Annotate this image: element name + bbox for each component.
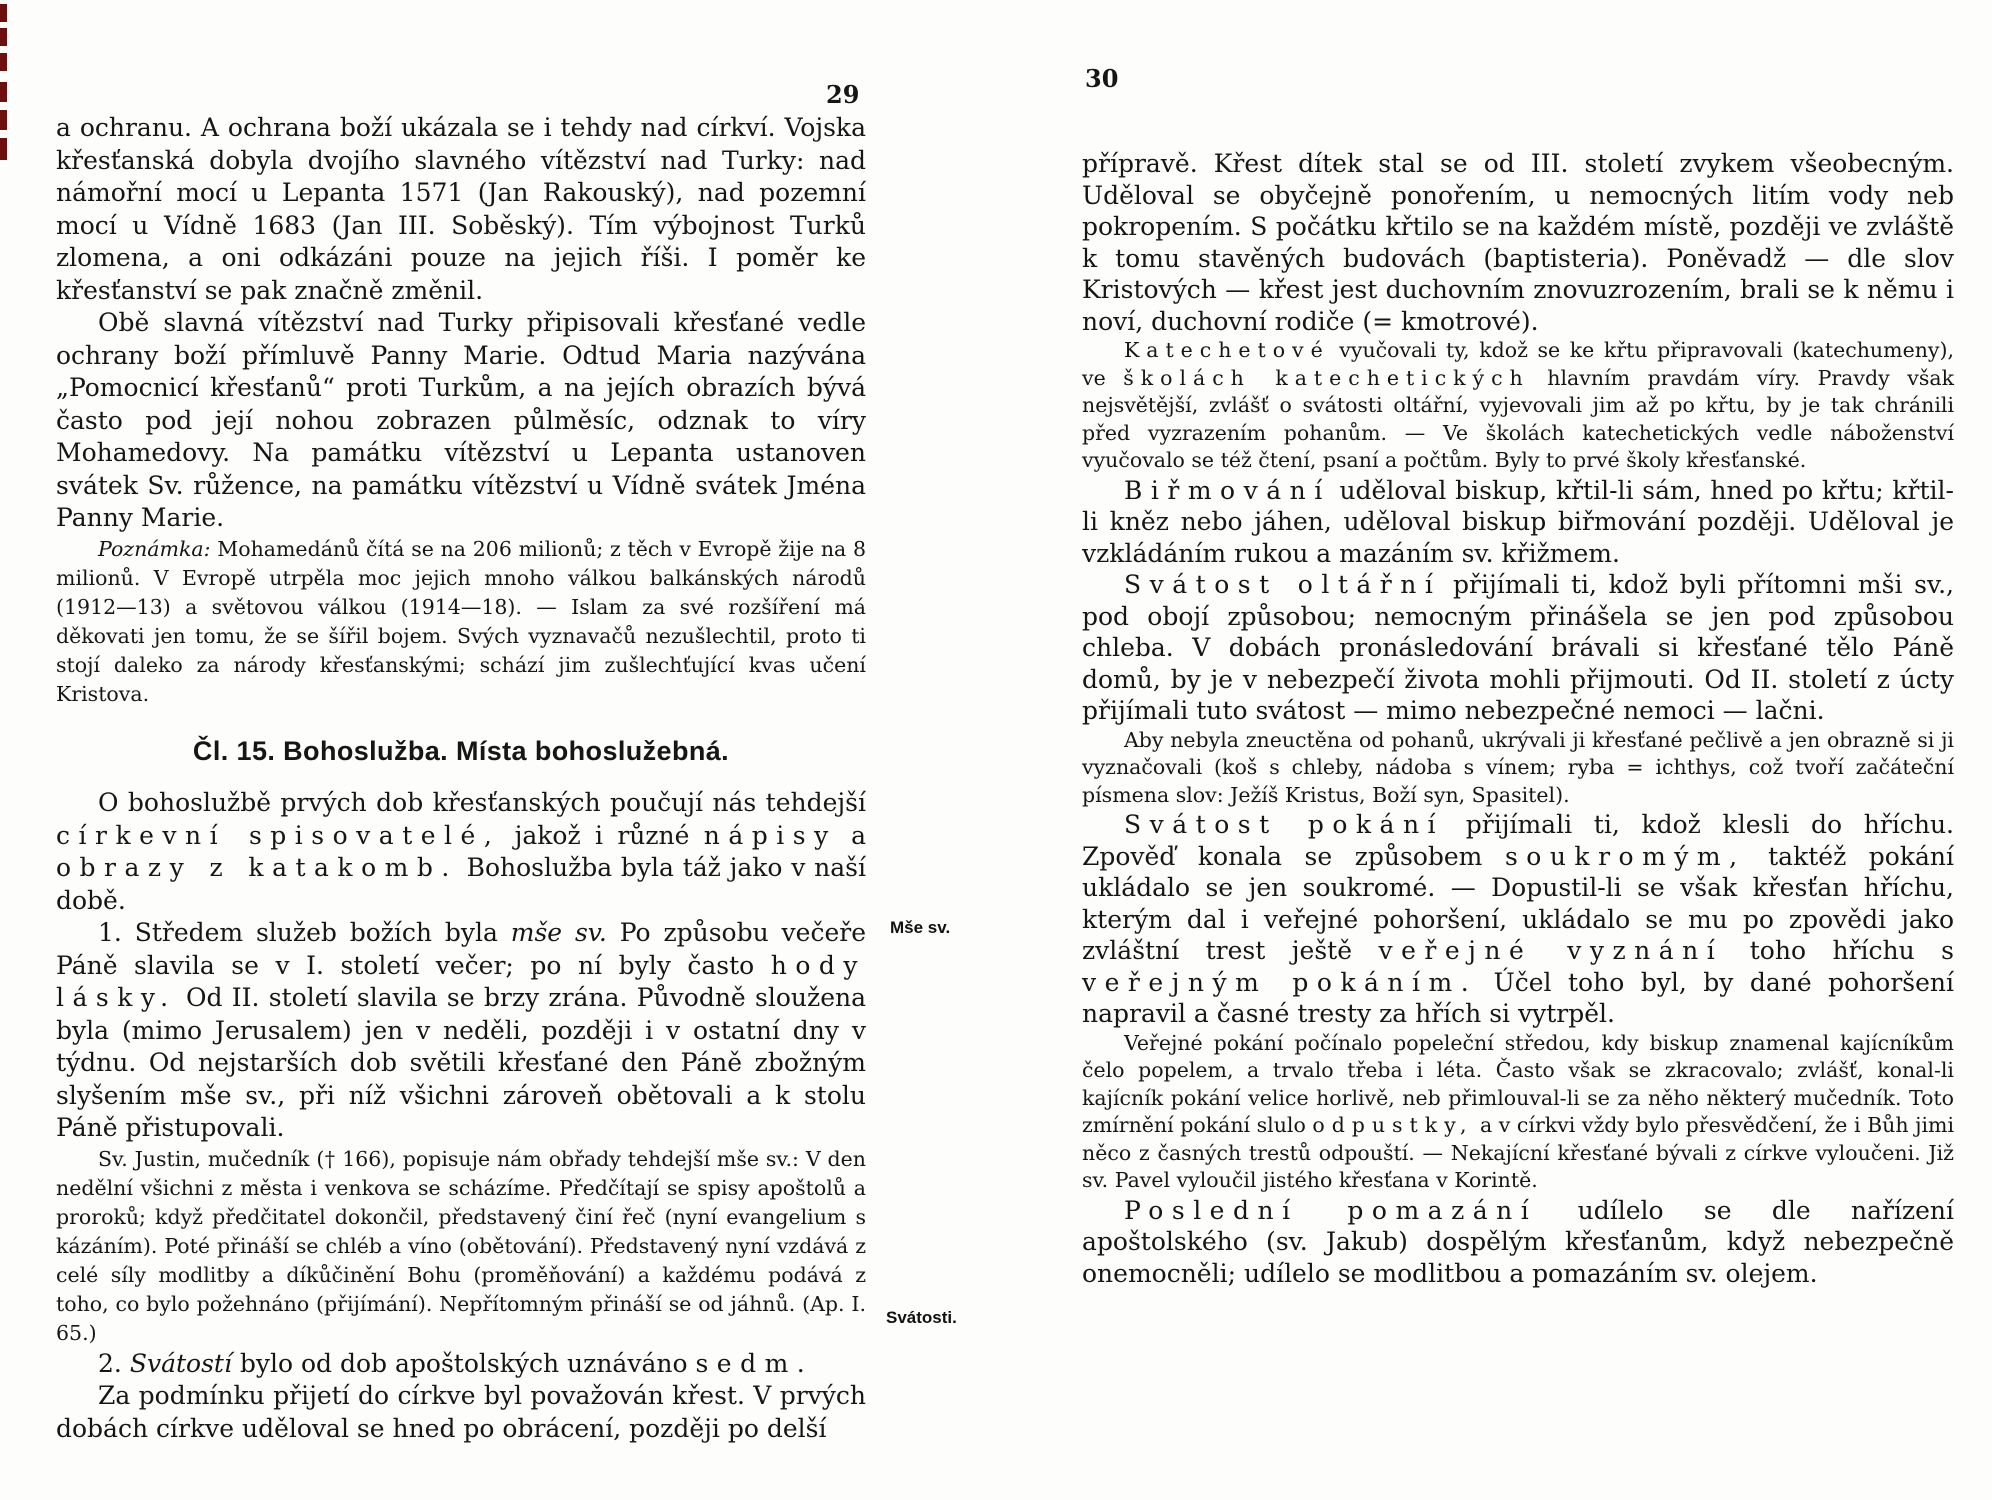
paragraph: Katechetové vyučovali ty, kdož se ke křt… bbox=[1082, 337, 1954, 475]
paragraph: Za podmínku přijetí do církve byl považo… bbox=[56, 1380, 866, 1445]
text-run: školách katechetických bbox=[1123, 366, 1529, 390]
text-run: mše sv. bbox=[511, 918, 607, 947]
text-run: toho hříchu s bbox=[1723, 936, 1954, 965]
text-run: sedm. bbox=[695, 1349, 813, 1378]
text-run: Poznámka: bbox=[98, 537, 211, 561]
text-run: 2. bbox=[98, 1349, 130, 1378]
text-run: Svátost oltářní bbox=[1124, 570, 1441, 599]
text-run: obrazy z katakomb. bbox=[56, 853, 458, 882]
text-run: církevní spisovatelé, bbox=[56, 821, 500, 850]
text-run: Svátostí bbox=[130, 1349, 232, 1378]
text-run: Za podmínku přijetí do církve byl považo… bbox=[56, 1381, 866, 1443]
text-run: Poslední pomazání bbox=[1124, 1196, 1537, 1225]
left-page-content: a ochranu. A ochrana boží ukázala se i t… bbox=[56, 112, 866, 1445]
text-run: Čl. 15. Bohoslužba. Místa bohoslužebná. bbox=[193, 736, 729, 766]
text-run: bylo od dob apoštolských uznáváno bbox=[232, 1349, 696, 1378]
text-run: 1. Středem služeb božích byla bbox=[98, 918, 511, 947]
paragraph: Aby nebyla zneuctěna od pohanů, ukrývali… bbox=[1082, 727, 1954, 810]
text-run: Katechetové bbox=[1124, 338, 1330, 362]
text-run: a bbox=[837, 821, 866, 850]
scan-artifact bbox=[0, 138, 7, 160]
text-run: Biřmování bbox=[1124, 476, 1331, 505]
text-run: odpustky, bbox=[1312, 1113, 1473, 1137]
page-number-left: 29 bbox=[826, 80, 859, 109]
right-page-content: přípravě. Křest dítek stal se od III. st… bbox=[1082, 148, 1954, 1289]
text-run: soukromým, bbox=[1505, 842, 1746, 871]
text-run: O bohoslužbě prvých dob křesťanských pou… bbox=[98, 788, 866, 817]
paragraph: Svátost pokání přijímali ti, kdož klesli… bbox=[1082, 809, 1954, 1030]
paragraph: a ochranu. A ochrana boží ukázala se i t… bbox=[56, 112, 866, 307]
text-run: přípravě. Křest dítek stal se od III. st… bbox=[1082, 149, 1954, 336]
scan-artifact bbox=[0, 110, 7, 130]
text-run: nápisy bbox=[704, 821, 837, 850]
margin-note-svatosti: Svátosti. bbox=[886, 1308, 957, 1328]
text-run: veřejným pokáním. bbox=[1082, 968, 1477, 997]
section-heading: Čl. 15. Bohoslužba. Místa bohoslužebná. bbox=[56, 735, 866, 768]
paragraph: O bohoslužbě prvých dob křesťanských pou… bbox=[56, 787, 866, 917]
scan-artifact bbox=[0, 28, 7, 46]
text-run: Svátost pokání bbox=[1124, 810, 1444, 839]
text-run: Sv. Justin, mučedník († 166), popisuje n… bbox=[56, 1147, 866, 1345]
margin-note-mse-sv: Mše sv. bbox=[890, 918, 950, 938]
paragraph: Obě slavná vítězství nad Turky připisova… bbox=[56, 307, 866, 535]
text-run: Obě slavná vítězství nad Turky připisova… bbox=[56, 308, 866, 532]
text-run: Aby nebyla zneuctěna od pohanů, ukrývali… bbox=[1082, 728, 1954, 807]
text-run: Od II. století slavila se brzy zrána. Pů… bbox=[56, 983, 866, 1142]
text-run: Mohamedánů čítá se na 206 milionů; z těc… bbox=[56, 537, 866, 706]
paragraph: Veřejné pokání počínalo popeleční středo… bbox=[1082, 1030, 1954, 1195]
paragraph: Poslední pomazání udílelo se dle nařízen… bbox=[1082, 1195, 1954, 1290]
text-run: jakož i různé bbox=[500, 821, 704, 850]
paragraph: Svátost oltářní přijímali ti, kdož byli … bbox=[1082, 569, 1954, 727]
page-number-right: 30 bbox=[1085, 64, 1118, 93]
paragraph: Poznámka: Mohamedánů čítá se na 206 mili… bbox=[56, 535, 866, 709]
scan-artifact bbox=[0, 53, 7, 71]
paragraph: Sv. Justin, mučedník († 166), popisuje n… bbox=[56, 1145, 866, 1348]
scan-artifact bbox=[0, 4, 7, 22]
paragraph: Biřmování uděloval biskup, křtil-li sám,… bbox=[1082, 475, 1954, 570]
text-run: a ochranu. A ochrana boží ukázala se i t… bbox=[56, 113, 866, 305]
paragraph: 2. Svátostí bylo od dob apoštolských uzn… bbox=[56, 1348, 866, 1381]
paragraph: přípravě. Křest dítek stal se od III. st… bbox=[1082, 148, 1954, 337]
text-run: veřejné vyznání bbox=[1378, 936, 1723, 965]
paragraph: 1. Středem služeb božích byla mše sv. Po… bbox=[56, 917, 866, 1145]
scan-artifact bbox=[0, 82, 7, 102]
